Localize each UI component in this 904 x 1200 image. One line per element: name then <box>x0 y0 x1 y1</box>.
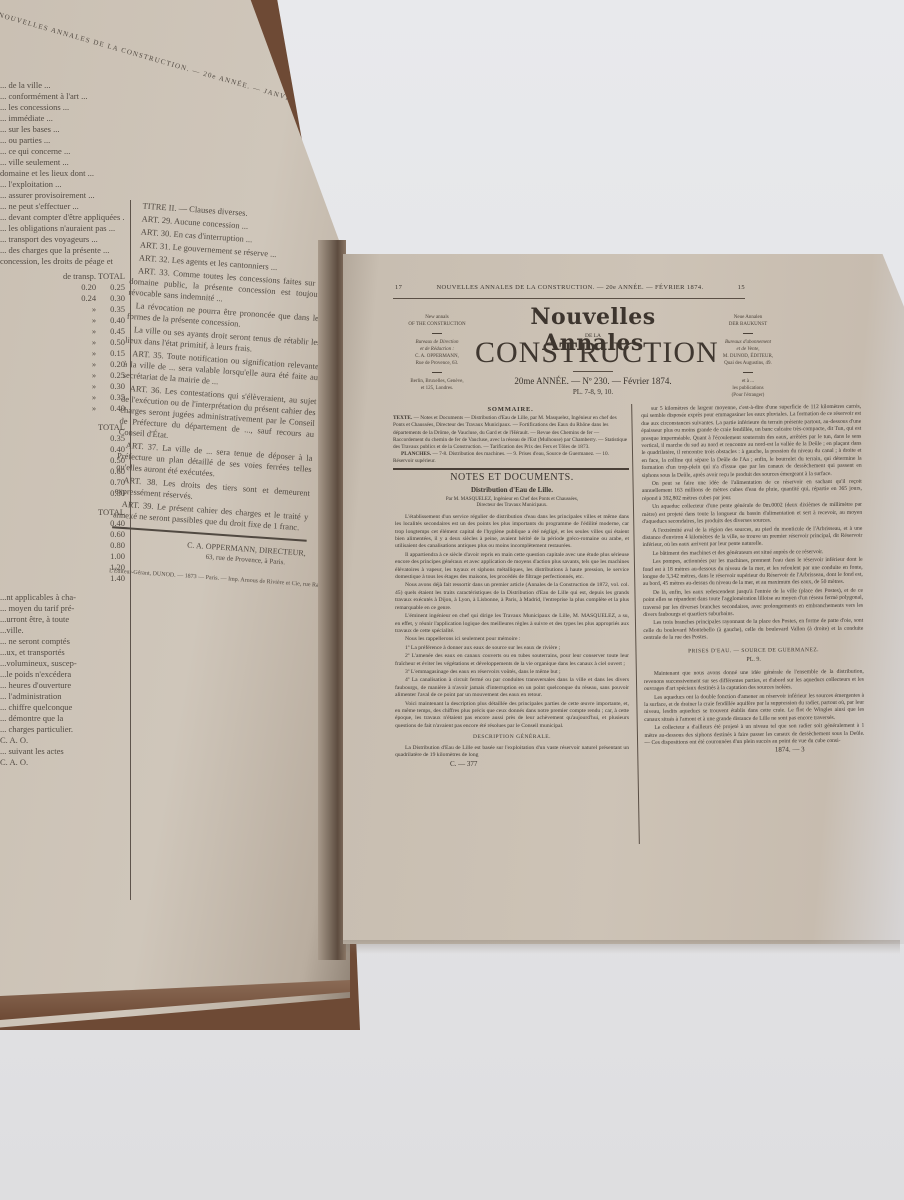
article-paragraphs: L'établissement d'un service régulier de… <box>395 514 629 730</box>
dash <box>743 333 753 334</box>
text-line: ... conformément à l'art ... <box>0 91 125 102</box>
masthead-right-info: Neue Annalen DER BAUKUNST Bureaux d'abon… <box>703 314 793 399</box>
side-text: Berlin, Bruxelles, Genève, <box>397 378 477 385</box>
tariff-cell: » <box>92 392 96 403</box>
text-line: Nous les rappellerons ici seulement pour… <box>395 636 629 643</box>
tariff-row: 1.00 <box>0 551 125 562</box>
article-column-right: sur 5 kilomètres de largeur moyenne, c'e… <box>641 404 865 756</box>
text-line: ...urront être, à toute <box>0 614 125 625</box>
text-line: ...ville. <box>0 625 125 636</box>
tariff-row: 0.240.30 <box>0 293 125 304</box>
text-line: De là, enfin, les eaux redescendent jusq… <box>643 587 863 619</box>
tariff-cell: » <box>92 348 96 359</box>
tariff-cell: » <box>92 370 96 381</box>
book-gutter <box>318 240 346 960</box>
texte-label: TEXTE. <box>393 415 412 421</box>
side-text: DER BAUKUNST <box>703 321 793 328</box>
folio: 1874. — 3 <box>645 746 865 756</box>
dash <box>432 333 442 334</box>
side-text: et à ... <box>703 378 793 385</box>
side-text: les publications <box>703 385 793 392</box>
tariff-row: »0.30 <box>0 381 125 392</box>
text-line: ... l'exploitation ... <box>0 179 125 190</box>
tariff-row: »0.35 <box>0 392 125 403</box>
text-line: domaine et les lieux dont ... <box>0 168 125 179</box>
side-text: Bureaux de Direction <box>397 339 477 346</box>
subheading: PRISES D'EAU. — SOURCE DE GUERMANEZ. <box>644 646 864 656</box>
tariff-cell: » <box>92 359 96 370</box>
tariff-row: 0.60 <box>0 529 125 540</box>
page-number-left: 17 <box>395 284 402 291</box>
tariff-header: de transp. TOTAL <box>0 271 125 282</box>
text-line: ... ne peut s'effectuer ... <box>0 201 125 212</box>
text-line: Voici maintenant la description plus dét… <box>395 701 629 731</box>
paragraph: La Distribution d'Eau de Lille est basée… <box>395 745 629 760</box>
tariff-cell: 0.20 <box>81 282 96 293</box>
page-number-right: 15 <box>738 284 745 291</box>
tariff-cell: 0.15 <box>110 348 125 359</box>
text-line: Les pompes, actionnées par les machines,… <box>643 557 863 589</box>
sommaire-planches: PLANCHES. — 7-8. Distribution des machin… <box>393 451 628 465</box>
text-line: 1º La préférence à donner aux eaux de so… <box>395 645 629 652</box>
tariff-row: 0.35 <box>0 433 125 444</box>
article-title: Distribution d'Eau de Lille. <box>395 487 629 494</box>
text-line: ... sur les bases ... <box>0 124 125 135</box>
side-text: Bureaux d'abonnement <box>703 339 793 346</box>
tariff-cell: 0.40 <box>110 315 125 326</box>
text-line: ... de la ville ... <box>0 80 125 91</box>
tariff-row: »0.45 <box>0 326 125 337</box>
text-line: ... ville seulement ... <box>0 157 125 168</box>
text-line: ...volumineux, suscep- <box>0 658 125 669</box>
text-line: On peut se faire une idée de l'alimentat… <box>642 479 862 504</box>
tariff-row: 0.70 <box>0 477 125 488</box>
tariff-cell: » <box>92 326 96 337</box>
text-line: ... moyen du tarif pré- <box>0 603 125 614</box>
text-line: Les aqueducs ont la double fonction d'am… <box>644 692 864 724</box>
text-line: concession, les droits de péage et <box>0 256 125 267</box>
tariff-cell: » <box>92 403 96 414</box>
left-page: NOUVELLES ANNALES DE LA CONSTRUCTION. — … <box>0 0 350 1030</box>
planches-label: PLANCHES. <box>401 451 431 457</box>
tariff-cell: 0.24 <box>81 293 96 304</box>
text-line: Les trois branches principales rayonnant… <box>643 618 863 643</box>
article-paragraphs: Maintenant que nous avons donné une idée… <box>644 669 865 747</box>
tariff-row: »0.40 <box>0 315 125 326</box>
text-line: 3º L'emmagasinage des eaux en réservoirs… <box>395 669 629 676</box>
tariff-cell: 0.30 <box>110 293 125 304</box>
text-line: ... chiffre quelconque <box>0 702 125 713</box>
text-line: Maintenant que nous avons donné une idée… <box>644 669 864 694</box>
text-line: ... immédiate ... <box>0 113 125 124</box>
text-line: Nous avons déjà fait ressortir dans un p… <box>395 582 629 612</box>
imprint: L'Éditeur-Gérant, DUNOD. — 1873 — Paris.… <box>109 566 304 591</box>
dash <box>432 372 442 373</box>
left-column-a-lines: ... de la ville ...... conformément à l'… <box>0 80 125 267</box>
text-line: ... ce qui concerne ... <box>0 146 125 157</box>
left-column-a-tail: ...nt applicables à cha-... moyen du tar… <box>0 592 125 768</box>
tariff-row: 0.60 <box>0 466 125 477</box>
tariff-header: TOTAL <box>0 422 125 433</box>
subheading: DESCRIPTION GÉNÉRALE. <box>395 734 629 741</box>
tariff-cell: 0.50 <box>110 337 125 348</box>
sommaire: SOMMAIRE. TEXTE. — Notes et Documents — … <box>393 406 628 466</box>
tariff-row: »0.50 <box>0 337 125 348</box>
masthead-rule <box>573 371 613 372</box>
article-byline: Par M. MASQUELEZ, Ingénieur en Chef des … <box>395 497 629 510</box>
byline-line: Directeur des Travaux Municipaux. <box>395 503 629 510</box>
tariff-cell: 0.35 <box>110 304 125 315</box>
tariff-row: 0.80 <box>0 540 125 551</box>
issue-line: 20me ANNÉE. — Nº 230. — Février 1874. <box>493 376 693 386</box>
text-line: ... démontre que la <box>0 713 125 724</box>
texte-body: — Notes et Documents — Distribution d'Ea… <box>393 415 627 450</box>
left-column-a: ... de la ville ...... conformément à l'… <box>0 80 125 768</box>
text-line: ... assurer provisoirement ... <box>0 190 125 201</box>
text-line: Il appartiendra à ce siècle d'avoir repr… <box>395 552 629 582</box>
tariff-cell: » <box>92 304 96 315</box>
side-text: Rue de Provence, 63. <box>397 360 477 367</box>
tariff-row: 0.200.25 <box>0 282 125 293</box>
tariff-table-2: TOTAL0.350.400.500.600.700.80 <box>0 422 125 499</box>
header-rule <box>393 298 745 299</box>
side-text: (Pour l'étranger) <box>703 392 793 399</box>
article-column-left: NOTES ET DOCUMENTS. Distribution d'Eau d… <box>395 472 629 769</box>
side-text: Quai des Augustins, 49. <box>703 360 793 367</box>
page-shadow <box>340 940 900 954</box>
side-text: M. DUNOD, ÉDITEUR, <box>703 353 793 360</box>
text-line: ... ne seront comptés <box>0 636 125 647</box>
tariff-row: 1.20 <box>0 562 125 573</box>
side-text: OF THE CONSTRUCTION <box>397 321 477 328</box>
text-line: sur 5 kilomètres de largeur moyenne, c'e… <box>641 404 862 480</box>
tariff-cell: 0.25 <box>110 282 125 293</box>
tariff-row: 0.40 <box>0 518 125 529</box>
tariff-cell: » <box>92 315 96 326</box>
tariff-row: »0.15 <box>0 348 125 359</box>
sommaire-texte: TEXTE. — Notes et Documents — Distributi… <box>393 415 628 451</box>
masthead-left-info: New annals OF THE CONSTRUCTION Bureaux d… <box>397 314 477 392</box>
text-line: ... heures d'ouverture <box>0 680 125 691</box>
running-head: 17 NOUVELLES ANNALES DE LA CONSTRUCTION.… <box>395 284 745 291</box>
text-line: C. A. O. <box>0 735 125 746</box>
tariff-table-3: TOTAL0.400.600.801.001.201.40 <box>0 507 125 584</box>
left-column-b-articles: TITRE II. — Clauses diverses.ART. 29. Au… <box>113 200 330 534</box>
left-column-b: TITRE II. — Clauses diverses.ART. 29. Au… <box>109 200 330 591</box>
text-line: Un aqueduc collecteur d'une pente généra… <box>642 502 862 527</box>
column-rule <box>631 404 640 844</box>
side-text: et 125, Londres. <box>397 385 477 392</box>
tariff-cell: 0.45 <box>110 326 125 337</box>
tariff-header: TOTAL <box>0 507 125 518</box>
tariff-row: 0.80 <box>0 488 125 499</box>
side-text: et de Rédaction : <box>397 346 477 353</box>
sommaire-rule <box>393 468 629 470</box>
tariff-row: 0.50 <box>0 455 125 466</box>
text-line: A l'extrémité aval de la région des sour… <box>642 525 862 550</box>
text-line: Le collecteur a d'ailleurs été projeté à… <box>644 723 864 748</box>
plate-reference: PL. 9. <box>644 656 864 666</box>
text-line: L'établissement d'un service régulier de… <box>395 514 629 551</box>
text-line: ... les concessions ... <box>0 102 125 113</box>
side-text: Neue Annalen <box>703 314 793 321</box>
tariff-cell: » <box>92 381 96 392</box>
text-line: ... devant compter d'être appliquées ... <box>0 212 125 223</box>
text-line: ... suivant les actes <box>0 746 125 757</box>
text-line: 4º La canalisation à circuit fermé ou pa… <box>395 677 629 699</box>
tariff-row: 1.40 <box>0 573 125 584</box>
text-line: ... ou parties ... <box>0 135 125 146</box>
folio: C. — 377 <box>395 761 629 768</box>
side-text: New annals <box>397 314 477 321</box>
side-text: et de Vente, <box>703 346 793 353</box>
side-text: C. A. OPPERMANN, <box>397 353 477 360</box>
dash <box>743 372 753 373</box>
running-head-title: NOUVELLES ANNALES DE LA CONSTRUCTION. — … <box>436 284 703 291</box>
tariff-row: »0.35 <box>0 304 125 315</box>
section-title: NOTES ET DOCUMENTS. <box>395 474 629 481</box>
text-line: ... transport des voyageurs ... <box>0 234 125 245</box>
tariff-row: »0.40 <box>0 403 125 414</box>
tariff-cell: » <box>92 337 96 348</box>
text-line: ...nt applicables à cha- <box>0 592 125 603</box>
plates-line: PL. 7-8, 9, 10. <box>493 388 693 396</box>
text-line: L'éminent ingénieur en chef qui dirige l… <box>395 613 629 635</box>
tariff-row: 0.40 <box>0 444 125 455</box>
tariff-row: »0.20 <box>0 359 125 370</box>
sommaire-title: SOMMAIRE. <box>393 406 628 413</box>
tariff-table-1: de transp. TOTAL0.200.250.240.30»0.35»0.… <box>0 271 125 414</box>
text-line: C. A. O. <box>0 757 125 768</box>
text-line: ...ux, et transportés <box>0 647 125 658</box>
right-page: 17 NOUVELLES ANNALES DE LA CONSTRUCTION.… <box>343 254 904 944</box>
text-line: ... des charges que la présente ... <box>0 245 125 256</box>
text-line: ...le poids n'excédera <box>0 669 125 680</box>
masthead-construction: CONSTRUCTION <box>475 336 711 370</box>
text-line: ... charges particulier. <box>0 724 125 735</box>
tariff-row: »0.25 <box>0 370 125 381</box>
article-paragraphs: sur 5 kilomètres de largeur moyenne, c'e… <box>641 404 863 643</box>
text-line: ... les obligations n'auraient pas ... <box>0 223 125 234</box>
text-line: 2º L'amenée des eaux en canaux couverts … <box>395 653 629 668</box>
text-line: ... l'administration <box>0 691 125 702</box>
